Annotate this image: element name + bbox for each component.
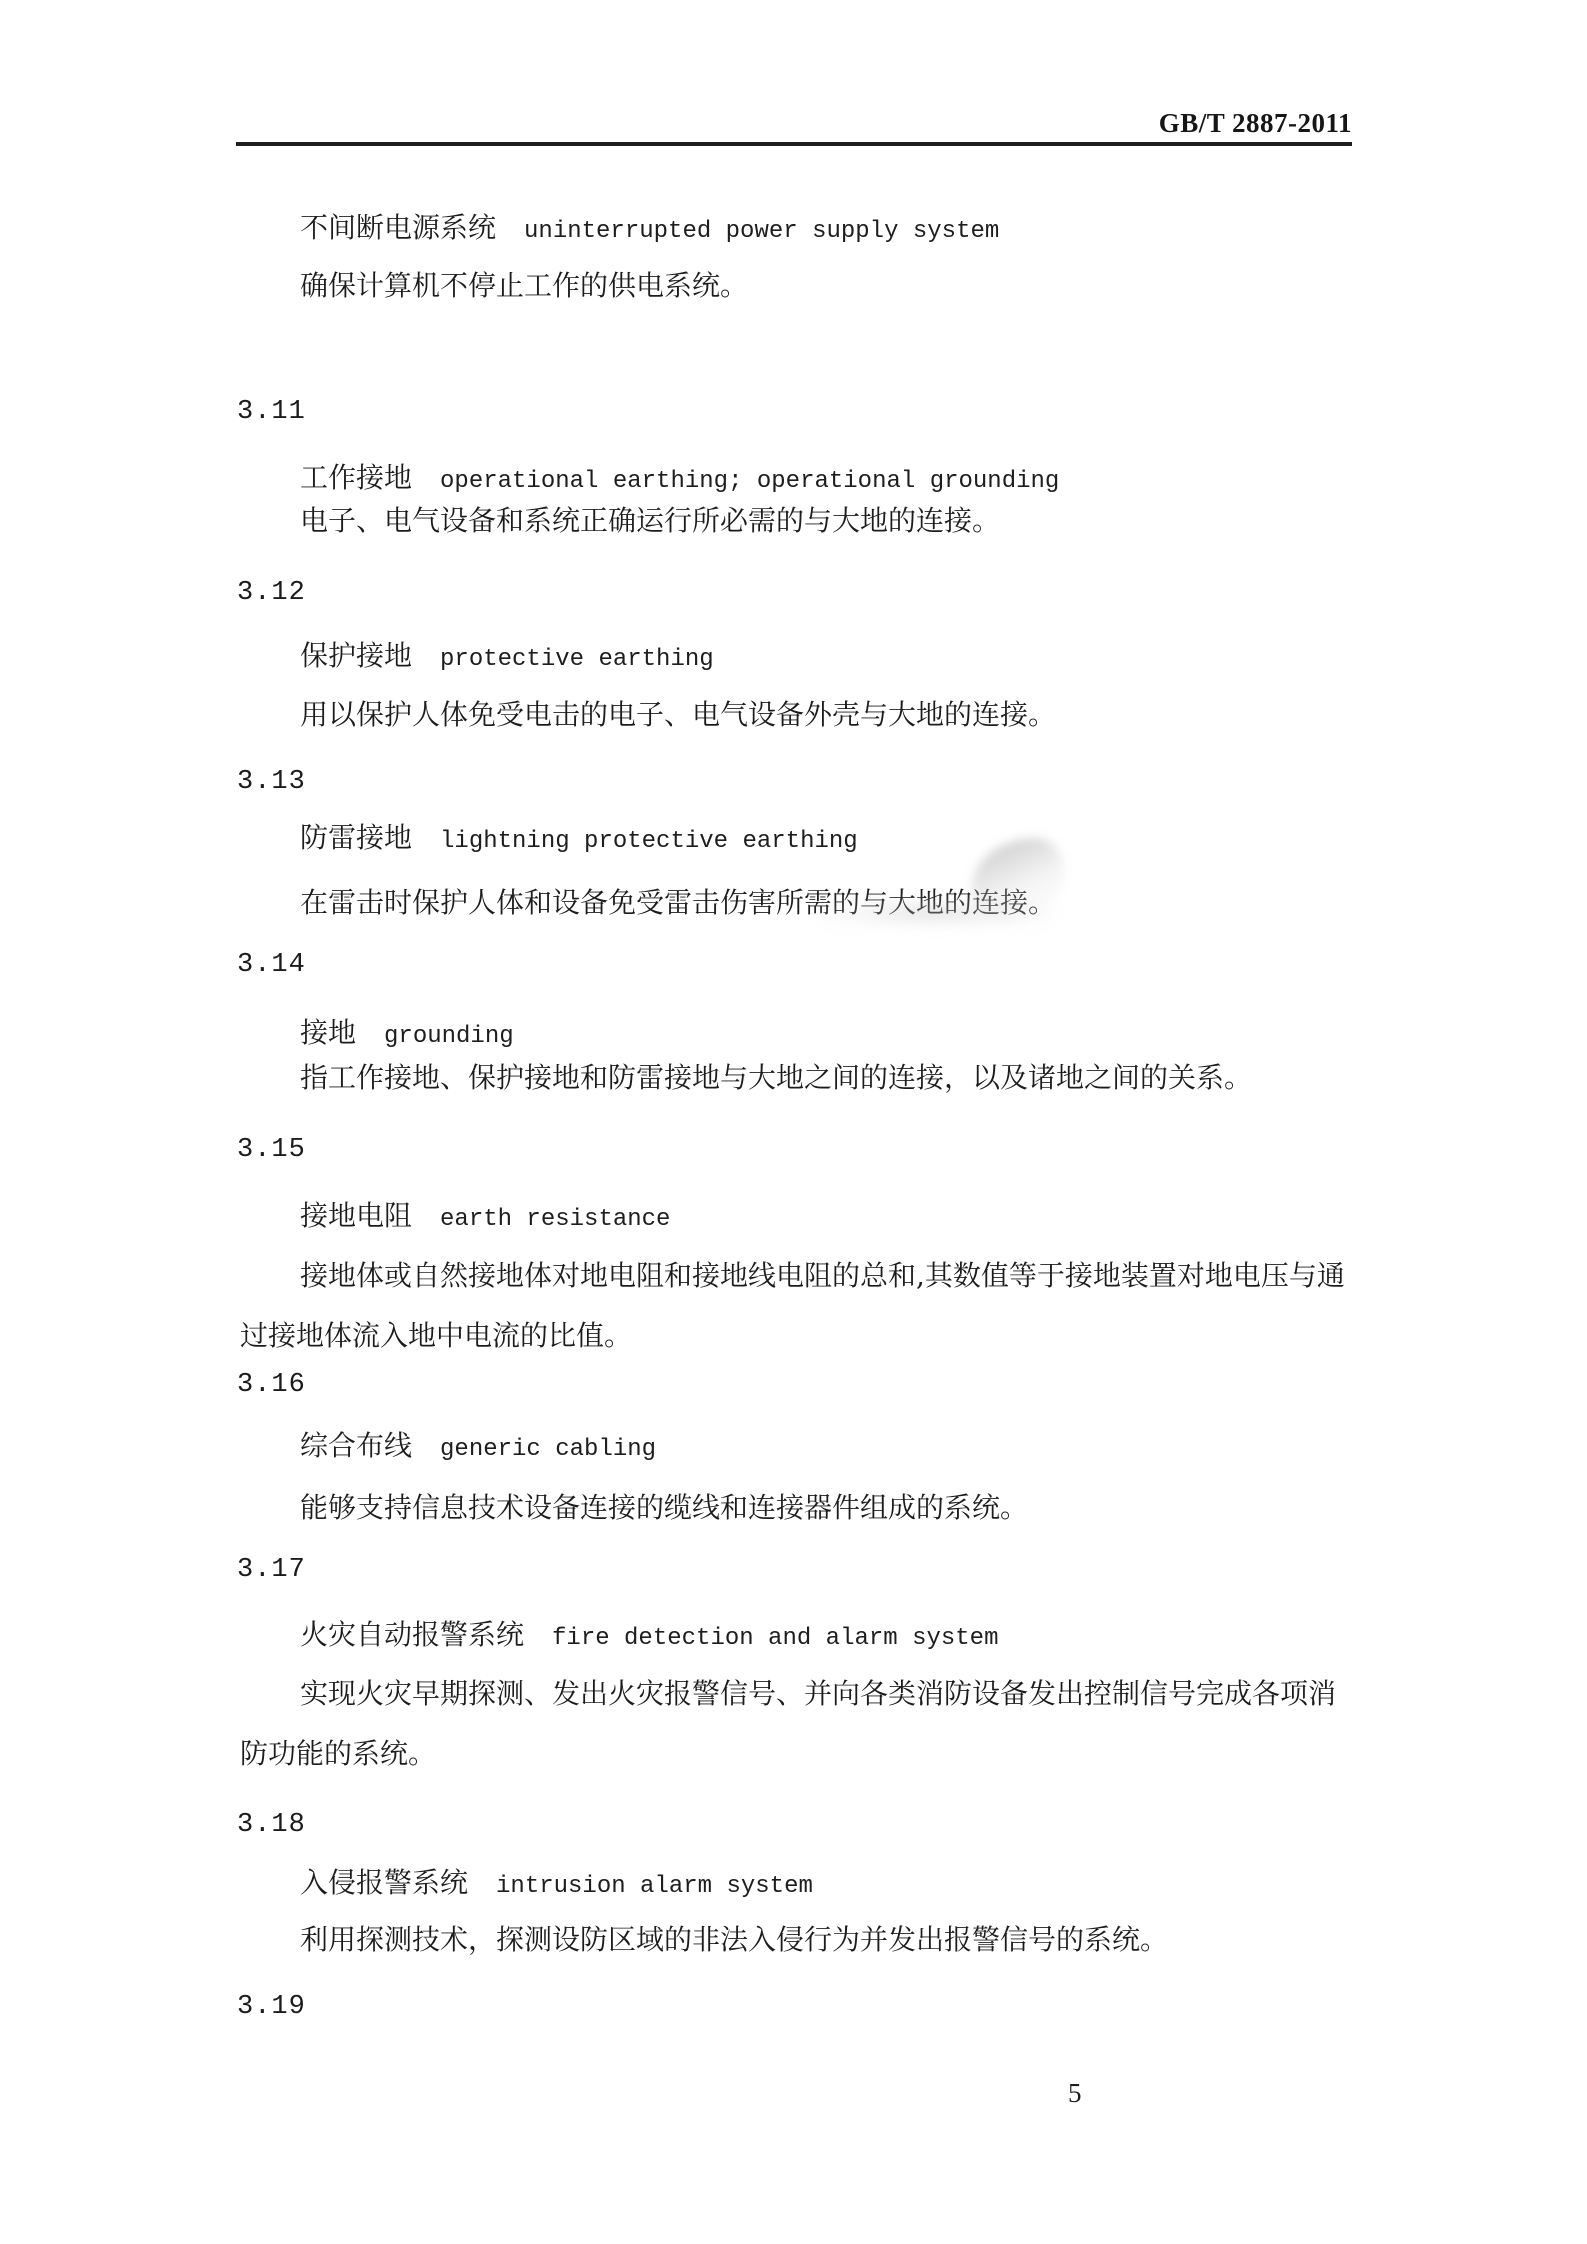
- definition: 指工作接地、保护接地和防雷接地与大地之间的连接，以及诸地之间的关系。: [240, 1058, 1362, 1098]
- term-zh: 不间断电源系统: [300, 211, 496, 244]
- definition: 利用探测技术，探测设防区域的非法入侵行为并发出报警信号的系统。: [240, 1920, 1362, 1960]
- entry-number: 3.16: [237, 1368, 306, 1402]
- term-en: intrusion alarm system: [496, 1873, 813, 1900]
- definition: 电子、电气设备和系统正确运行所必需的与大地的连接。: [240, 501, 1362, 541]
- term-en: operational earthing; operational ground…: [440, 468, 1059, 495]
- entry-number: 3.12: [237, 576, 306, 610]
- term-zh: 接地: [300, 1016, 356, 1049]
- term-line: 接地电阻earth resistance: [240, 1196, 1362, 1240]
- entry-number: 3.15: [237, 1133, 306, 1167]
- page-number: 5: [1068, 2078, 1082, 2109]
- term-zh: 入侵报警系统: [300, 1866, 468, 1899]
- doc-code: GB/T 2887-2011: [237, 108, 1352, 139]
- definition: 确保计算机不停止工作的供电系统。: [240, 266, 1362, 306]
- term-en: grounding: [384, 1023, 514, 1050]
- entry-number: 3.13: [237, 765, 306, 799]
- term-en: fire detection and alarm system: [552, 1625, 998, 1652]
- term-line: 综合布线generic cabling: [240, 1426, 1362, 1470]
- term-en: uninterrupted power supply system: [524, 218, 999, 245]
- document-page: GB/T 2887-2011 不间断电源系统uninterrupted powe…: [0, 0, 1587, 2244]
- entry-number: 3.14: [237, 948, 306, 982]
- entry-number: 3.19: [237, 1990, 306, 2024]
- term-line: 火灾自动报警系统fire detection and alarm system: [240, 1615, 1362, 1659]
- term-zh: 接地电阻: [300, 1199, 412, 1232]
- term-line: 不间断电源系统uninterrupted power supply system: [240, 208, 1362, 252]
- definition: 能够支持信息技术设备连接的缆线和连接器件组成的系统。: [240, 1488, 1362, 1528]
- term-en: protective earthing: [440, 646, 714, 673]
- definition: 实现火灾早期探测、发出火灾报警信号、并向各类消防设备发出控制信号完成各项消防功能…: [240, 1664, 1362, 1784]
- term-zh: 保护接地: [300, 639, 412, 672]
- term-zh: 综合布线: [300, 1429, 412, 1462]
- entry-number: 3.18: [237, 1808, 306, 1842]
- definition: 接地体或自然接地体对地电阻和接地线电阻的总和,其数值等于接地装置对地电压与通过接…: [240, 1246, 1362, 1366]
- term-line: 保护接地protective earthing: [240, 636, 1362, 680]
- term-zh: 火灾自动报警系统: [300, 1618, 524, 1651]
- header-rule: [236, 142, 1352, 146]
- term-zh: 防雷接地: [300, 821, 412, 854]
- term-en: generic cabling: [440, 1436, 656, 1463]
- term-line: 接地grounding: [240, 1013, 1362, 1057]
- definition: 在雷击时保护人体和设备免受雷击伤害所需的与大地的连接。: [240, 883, 1362, 923]
- entry-number: 3.11: [237, 395, 306, 429]
- term-zh: 工作接地: [300, 461, 412, 494]
- term-line: 工作接地operational earthing; operational gr…: [240, 458, 1362, 502]
- definition: 用以保护人体免受电击的电子、电气设备外壳与大地的连接。: [240, 695, 1362, 735]
- entry-number: 3.17: [237, 1553, 306, 1587]
- term-en: lightning protective earthing: [440, 828, 858, 855]
- term-line: 入侵报警系统intrusion alarm system: [240, 1863, 1362, 1907]
- scan-smudge: [815, 898, 1055, 928]
- term-en: earth resistance: [440, 1206, 670, 1233]
- term-line: 防雷接地lightning protective earthing: [240, 818, 1362, 862]
